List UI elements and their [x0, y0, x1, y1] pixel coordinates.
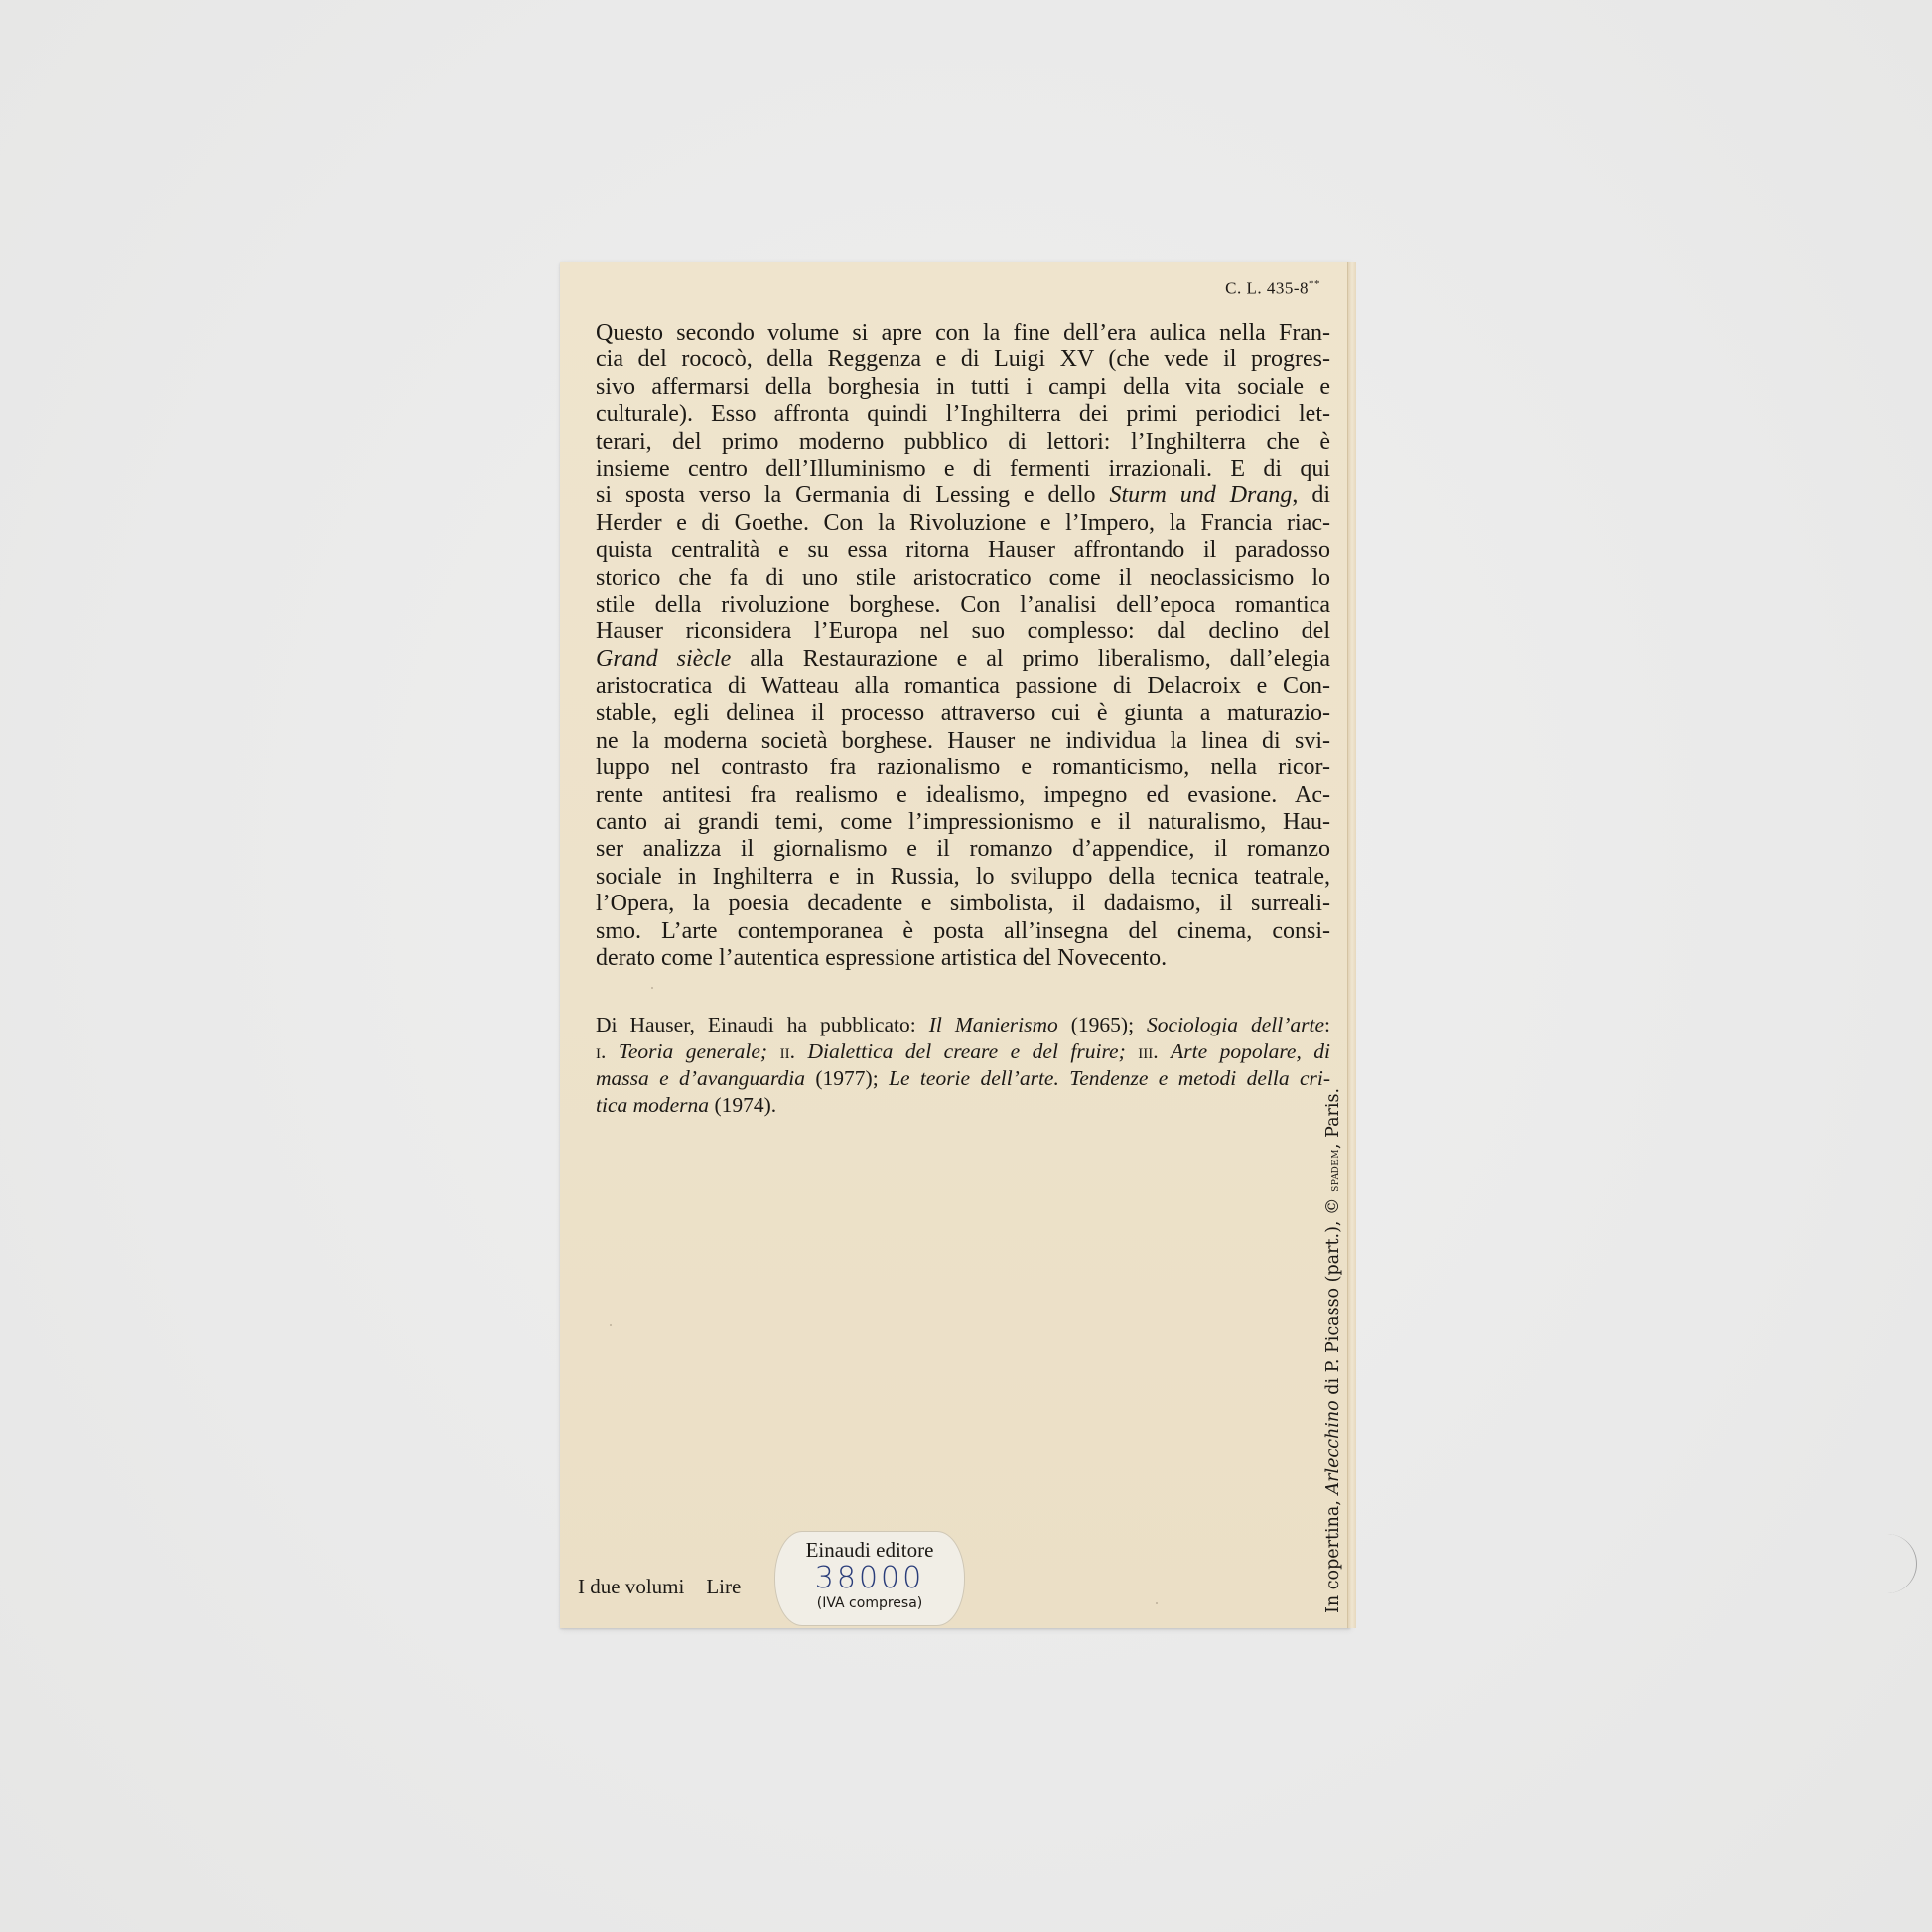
title-sturm-und-drang: Sturm und Drang [1109, 483, 1292, 508]
sticker-handwritten-price: 38000 [775, 1563, 964, 1594]
catalog-code: C. L. 435-8** [1225, 278, 1320, 299]
biblio-line: massa e d’avanguardia (1977); Le teorie … [596, 1065, 1330, 1092]
paper-speck [651, 987, 653, 989]
blurb-line: derato come l’autentica espressione arti… [596, 945, 1330, 972]
blurb-line: sociale in Inghilterra e in Russia, lo s… [596, 864, 1330, 891]
blurb-line: rente antitesi fra realismo e idealismo,… [596, 782, 1330, 809]
blurb-line: Hauser riconsidera l’Europa nel suo comp… [596, 619, 1330, 645]
blurb-line: terari, del primo moderno pubblico di le… [596, 429, 1330, 456]
blurb-line: stable, egli delinea il processo attrave… [596, 700, 1330, 727]
paper-speck [610, 1324, 612, 1326]
blurb-line: Herder e di Goethe. Con la Rivoluzione e… [596, 510, 1330, 537]
blurb-line: l’Opera, la poesia decadente e simbolist… [596, 891, 1330, 917]
price-line: I due volumiLire [578, 1575, 741, 1599]
bibliography-paragraph: Di Hauser, Einaudi ha pubblicato: Il Man… [596, 1012, 1330, 1119]
book-page-edge [1347, 262, 1356, 1628]
blurb-line: storico che fa di uno stile aristocratic… [596, 565, 1330, 592]
sticker-vat-note: (IVA compresa) [775, 1595, 964, 1611]
blurb-line: culturale). Esso affronta quindi l’Inghi… [596, 401, 1330, 428]
blurb-line: smo. L’arte contemporanea è posta all’in… [596, 918, 1330, 945]
biblio-line: tica moderna (1974). [596, 1092, 1330, 1119]
blurb-line: sivo affermarsi della borghesia in tutti… [596, 374, 1330, 401]
cover-credit-vertical: In copertina, Arlecchino di P. Picasso (… [1323, 1088, 1343, 1613]
blurb-line: ser analizza il giornalismo e il romanzo… [596, 836, 1330, 863]
biblio-line: Di Hauser, Einaudi ha pubblicato: Il Man… [596, 1012, 1330, 1038]
blurb-line: canto ai grandi temi, come l’impressioni… [596, 809, 1330, 836]
blurb-line: cia del rococò, della Reggenza e di Luig… [596, 346, 1330, 373]
blurb-paragraph: Questo secondo volume si apre con la fin… [596, 320, 1330, 972]
currency-label: Lire [706, 1575, 741, 1598]
sticker-publisher: Einaudi editore [775, 1538, 964, 1563]
blurb-line: Grand siècle alla Restaurazione e al pri… [596, 646, 1330, 673]
price-sticker: Einaudi editore 38000 (IVA compresa) [774, 1531, 965, 1626]
blurb-line: insieme centro dell’Illuminismo e di fer… [596, 456, 1330, 483]
blurb-line: ne la moderna società borghese. Hauser n… [596, 728, 1330, 755]
price-label: I due volumi [578, 1575, 684, 1598]
blurb-line: quista centralità e su essa ritorna Haus… [596, 537, 1330, 564]
book-back-cover: C. L. 435-8** Questo secondo volume si a… [560, 262, 1350, 1628]
blurb-line: luppo nel contrasto fra razionalismo e r… [596, 755, 1330, 781]
blurb-line: aristocratica di Watteau alla romantica … [596, 673, 1330, 700]
blurb-line: si sposta verso la Germania di Lessing e… [596, 483, 1330, 509]
blurb-line: stile della rivoluzione borghese. Con l’… [596, 592, 1330, 619]
biblio-line: i. Teoria generale; ii. Dialettica del c… [596, 1038, 1330, 1065]
title-grand-siecle: Grand siècle [596, 646, 731, 672]
blurb-line: Questo secondo volume si apre con la fin… [596, 320, 1330, 346]
paper-speck [1156, 1602, 1158, 1604]
